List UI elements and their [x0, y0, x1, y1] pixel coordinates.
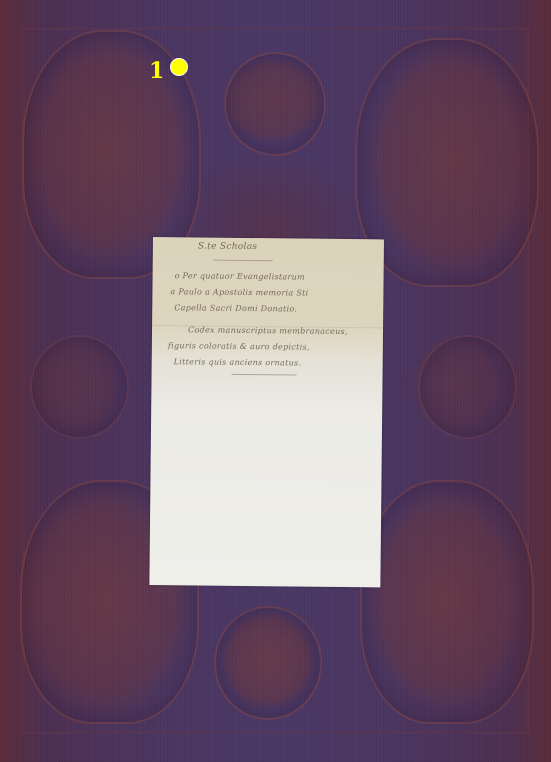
medallion-middle-right	[418, 335, 517, 439]
medallion-bottom-center	[214, 606, 322, 720]
marker-dot-icon[interactable]	[170, 58, 188, 76]
label-line-4: Codex manuscriptus membranaceus,	[188, 325, 348, 336]
medallion-middle-left	[30, 335, 129, 439]
label-line-3: Capella Sacri Domi Donatio.	[174, 303, 297, 313]
closing-underline	[232, 374, 297, 376]
label-line-2: a Paulo a Apostolis memoria Sti	[170, 287, 308, 297]
label-title: S.te Scholas	[198, 241, 258, 252]
marker-number: 1	[149, 60, 164, 82]
medallion-bottom-right	[360, 480, 534, 724]
handwritten-label: S.te Scholas o Per quatuor Evangelistaru…	[149, 237, 384, 587]
label-line-5: figuris coloratis & auro depictis,	[168, 341, 310, 351]
label-line-1: o Per quatuor Evangelistarum	[175, 271, 305, 281]
title-underline	[213, 260, 273, 262]
medallion-top-center	[224, 52, 326, 156]
label-line-6: Litteris quis anciens ornatus.	[174, 357, 302, 367]
